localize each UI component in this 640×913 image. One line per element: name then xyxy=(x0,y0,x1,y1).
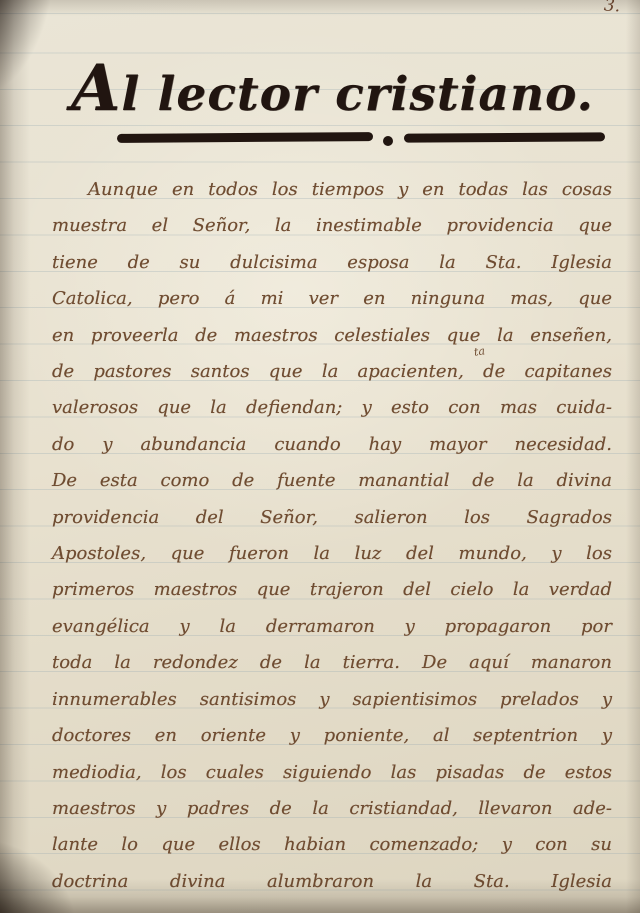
manuscript-line: doctrina divina alumbraron la Sta. Igles… xyxy=(52,864,612,900)
manuscript-line: Catolica, pero á mi ver en ninguna mas, … xyxy=(52,281,612,317)
manuscript-line: tiene de su dulcisima esposa la Sta. Igl… xyxy=(52,245,612,281)
manuscript-line: en proveerla de maestros celestiales que… xyxy=(52,318,612,354)
manuscript-line: lante lo que ellos habian comenzado; y c… xyxy=(52,827,612,863)
title-underline-left xyxy=(117,132,373,143)
manuscript-line: do y abundancia cuando hay mayor necesid… xyxy=(52,427,612,463)
manuscript-line: doctores en oriente y poniente, al septe… xyxy=(52,718,612,754)
manuscript-line: toda la redondez de la tierra. De aquí m… xyxy=(52,645,612,681)
page-number: 3. xyxy=(603,0,621,17)
title-underline-dot xyxy=(383,136,393,146)
title-underline-right xyxy=(404,132,605,142)
manuscript-body: Aunque en todos los tiempos y en todas l… xyxy=(52,172,612,900)
manuscript-page: 3. Al lector cristiano. Aunque en todos … xyxy=(0,0,640,913)
manuscript-line: primeros maestros que trajeron del cielo… xyxy=(52,572,612,608)
manuscript-line: muestra el Señor, la inestimable provide… xyxy=(52,208,612,244)
manuscript-line: valerosos que la defiendan; y esto con m… xyxy=(52,390,612,426)
manuscript-line: maestros y padres de la cristiandad, lle… xyxy=(52,791,612,827)
manuscript-line: evangélica y la derramaron y propagaron … xyxy=(52,609,612,645)
manuscript-line: de pastores santos que la apacienten, de… xyxy=(52,354,612,390)
manuscript-line: Aunque en todos los tiempos y en todas l… xyxy=(52,172,612,208)
manuscript-line: De esta como de fuente manantial de la d… xyxy=(52,463,612,499)
manuscript-line: providencia del Señor, salieron los Sagr… xyxy=(52,500,612,536)
interlinear-correction: ta xyxy=(473,344,486,358)
page-title: Al lector cristiano. xyxy=(60,50,605,125)
manuscript-line: Apostoles, que fueron la luz del mundo, … xyxy=(52,536,612,572)
manuscript-line: innumerables santisimos y sapientisimos … xyxy=(52,682,612,718)
manuscript-line: mediodia, los cuales siguiendo las pisad… xyxy=(52,755,612,791)
